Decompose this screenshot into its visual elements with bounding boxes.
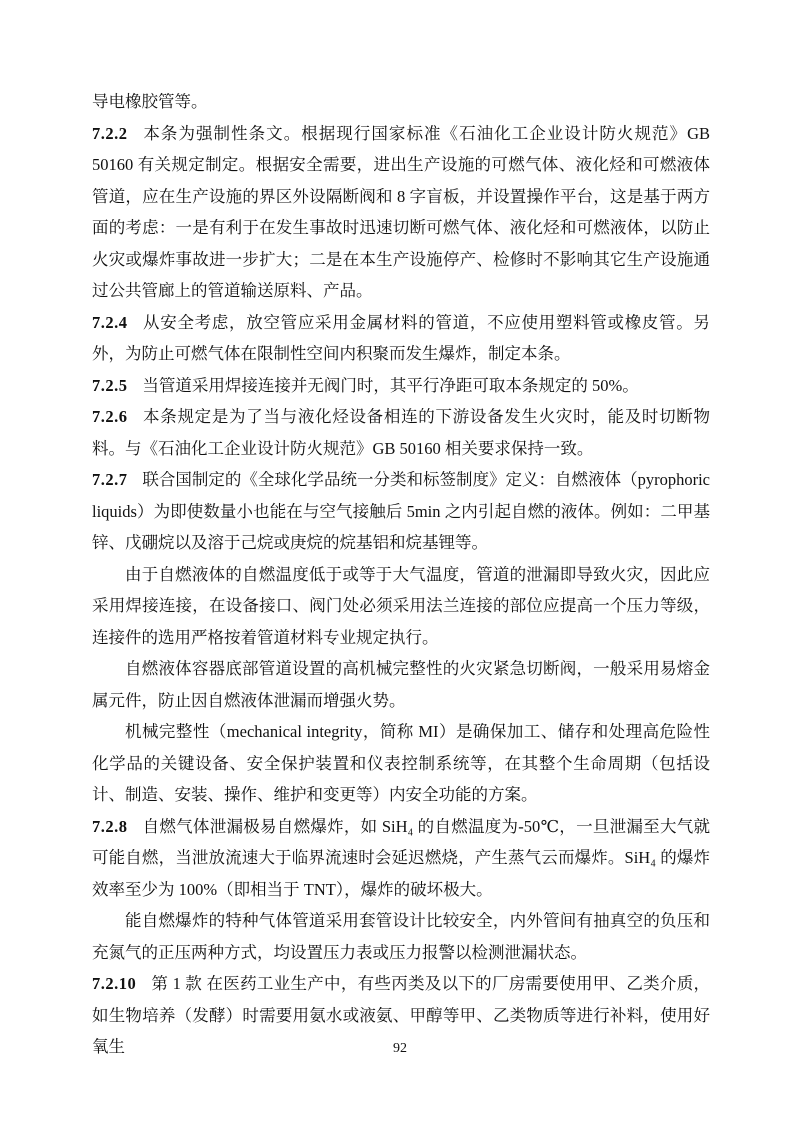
- paragraph: 自燃液体容器底部管道设置的高机械完整性的火灾紧急切断阀，一般采用易熔金属元件，防…: [92, 653, 710, 716]
- paragraph: 导电橡胶管等。: [92, 86, 710, 118]
- clause-paragraph: 7.2.7联合国制定的《全球化学品统一分类和标签制度》定义：自燃液体（pyrop…: [92, 464, 710, 559]
- document-body: 导电橡胶管等。7.2.2本条为强制性条文。根据现行国家标准《石油化工企业设计防火…: [92, 86, 710, 1063]
- paragraph: 能自燃爆炸的特种气体管道采用套管设计比较安全，内外管间有抽真空的负压和充氮气的正…: [92, 905, 710, 968]
- clause-number: 7.2.10: [92, 974, 136, 993]
- clause-number: 7.2.8: [92, 817, 128, 836]
- clause-paragraph: 7.2.2本条为强制性条文。根据现行国家标准《石油化工企业设计防火规范》GB 5…: [92, 118, 710, 307]
- clause-number: 7.2.5: [92, 376, 128, 395]
- clause-paragraph: 7.2.8自燃气体泄漏极易自燃爆炸，如 SiH₄ 的自燃温度为-50℃，一旦泄漏…: [92, 811, 710, 906]
- clause-paragraph: 7.2.6本条规定是为了当与液化烃设备相连的下游设备发生火灾时，能及时切断物料。…: [92, 401, 710, 464]
- document-page: 导电橡胶管等。7.2.2本条为强制性条文。根据现行国家标准《石油化工企业设计防火…: [0, 0, 800, 1131]
- paragraph: 机械完整性（mechanical integrity，简称 MI）是确保加工、储…: [92, 716, 710, 811]
- page-number: 92: [0, 1040, 800, 1058]
- clause-paragraph: 7.2.4从安全考虑，放空管应采用金属材料的管道，不应使用塑料管或橡皮管。另外，…: [92, 307, 710, 370]
- clause-number: 7.2.6: [92, 407, 128, 426]
- clause-number: 7.2.7: [92, 470, 128, 489]
- clause-paragraph: 7.2.5当管道采用焊接连接并无阀门时，其平行净距可取本条规定的 50%。: [92, 370, 710, 402]
- clause-number: 7.2.4: [92, 313, 128, 332]
- clause-number: 7.2.2: [92, 124, 128, 143]
- paragraph: 由于自燃液体的自燃温度低于或等于大气温度，管道的泄漏即导致火灾，因此应采用焊接连…: [92, 559, 710, 654]
